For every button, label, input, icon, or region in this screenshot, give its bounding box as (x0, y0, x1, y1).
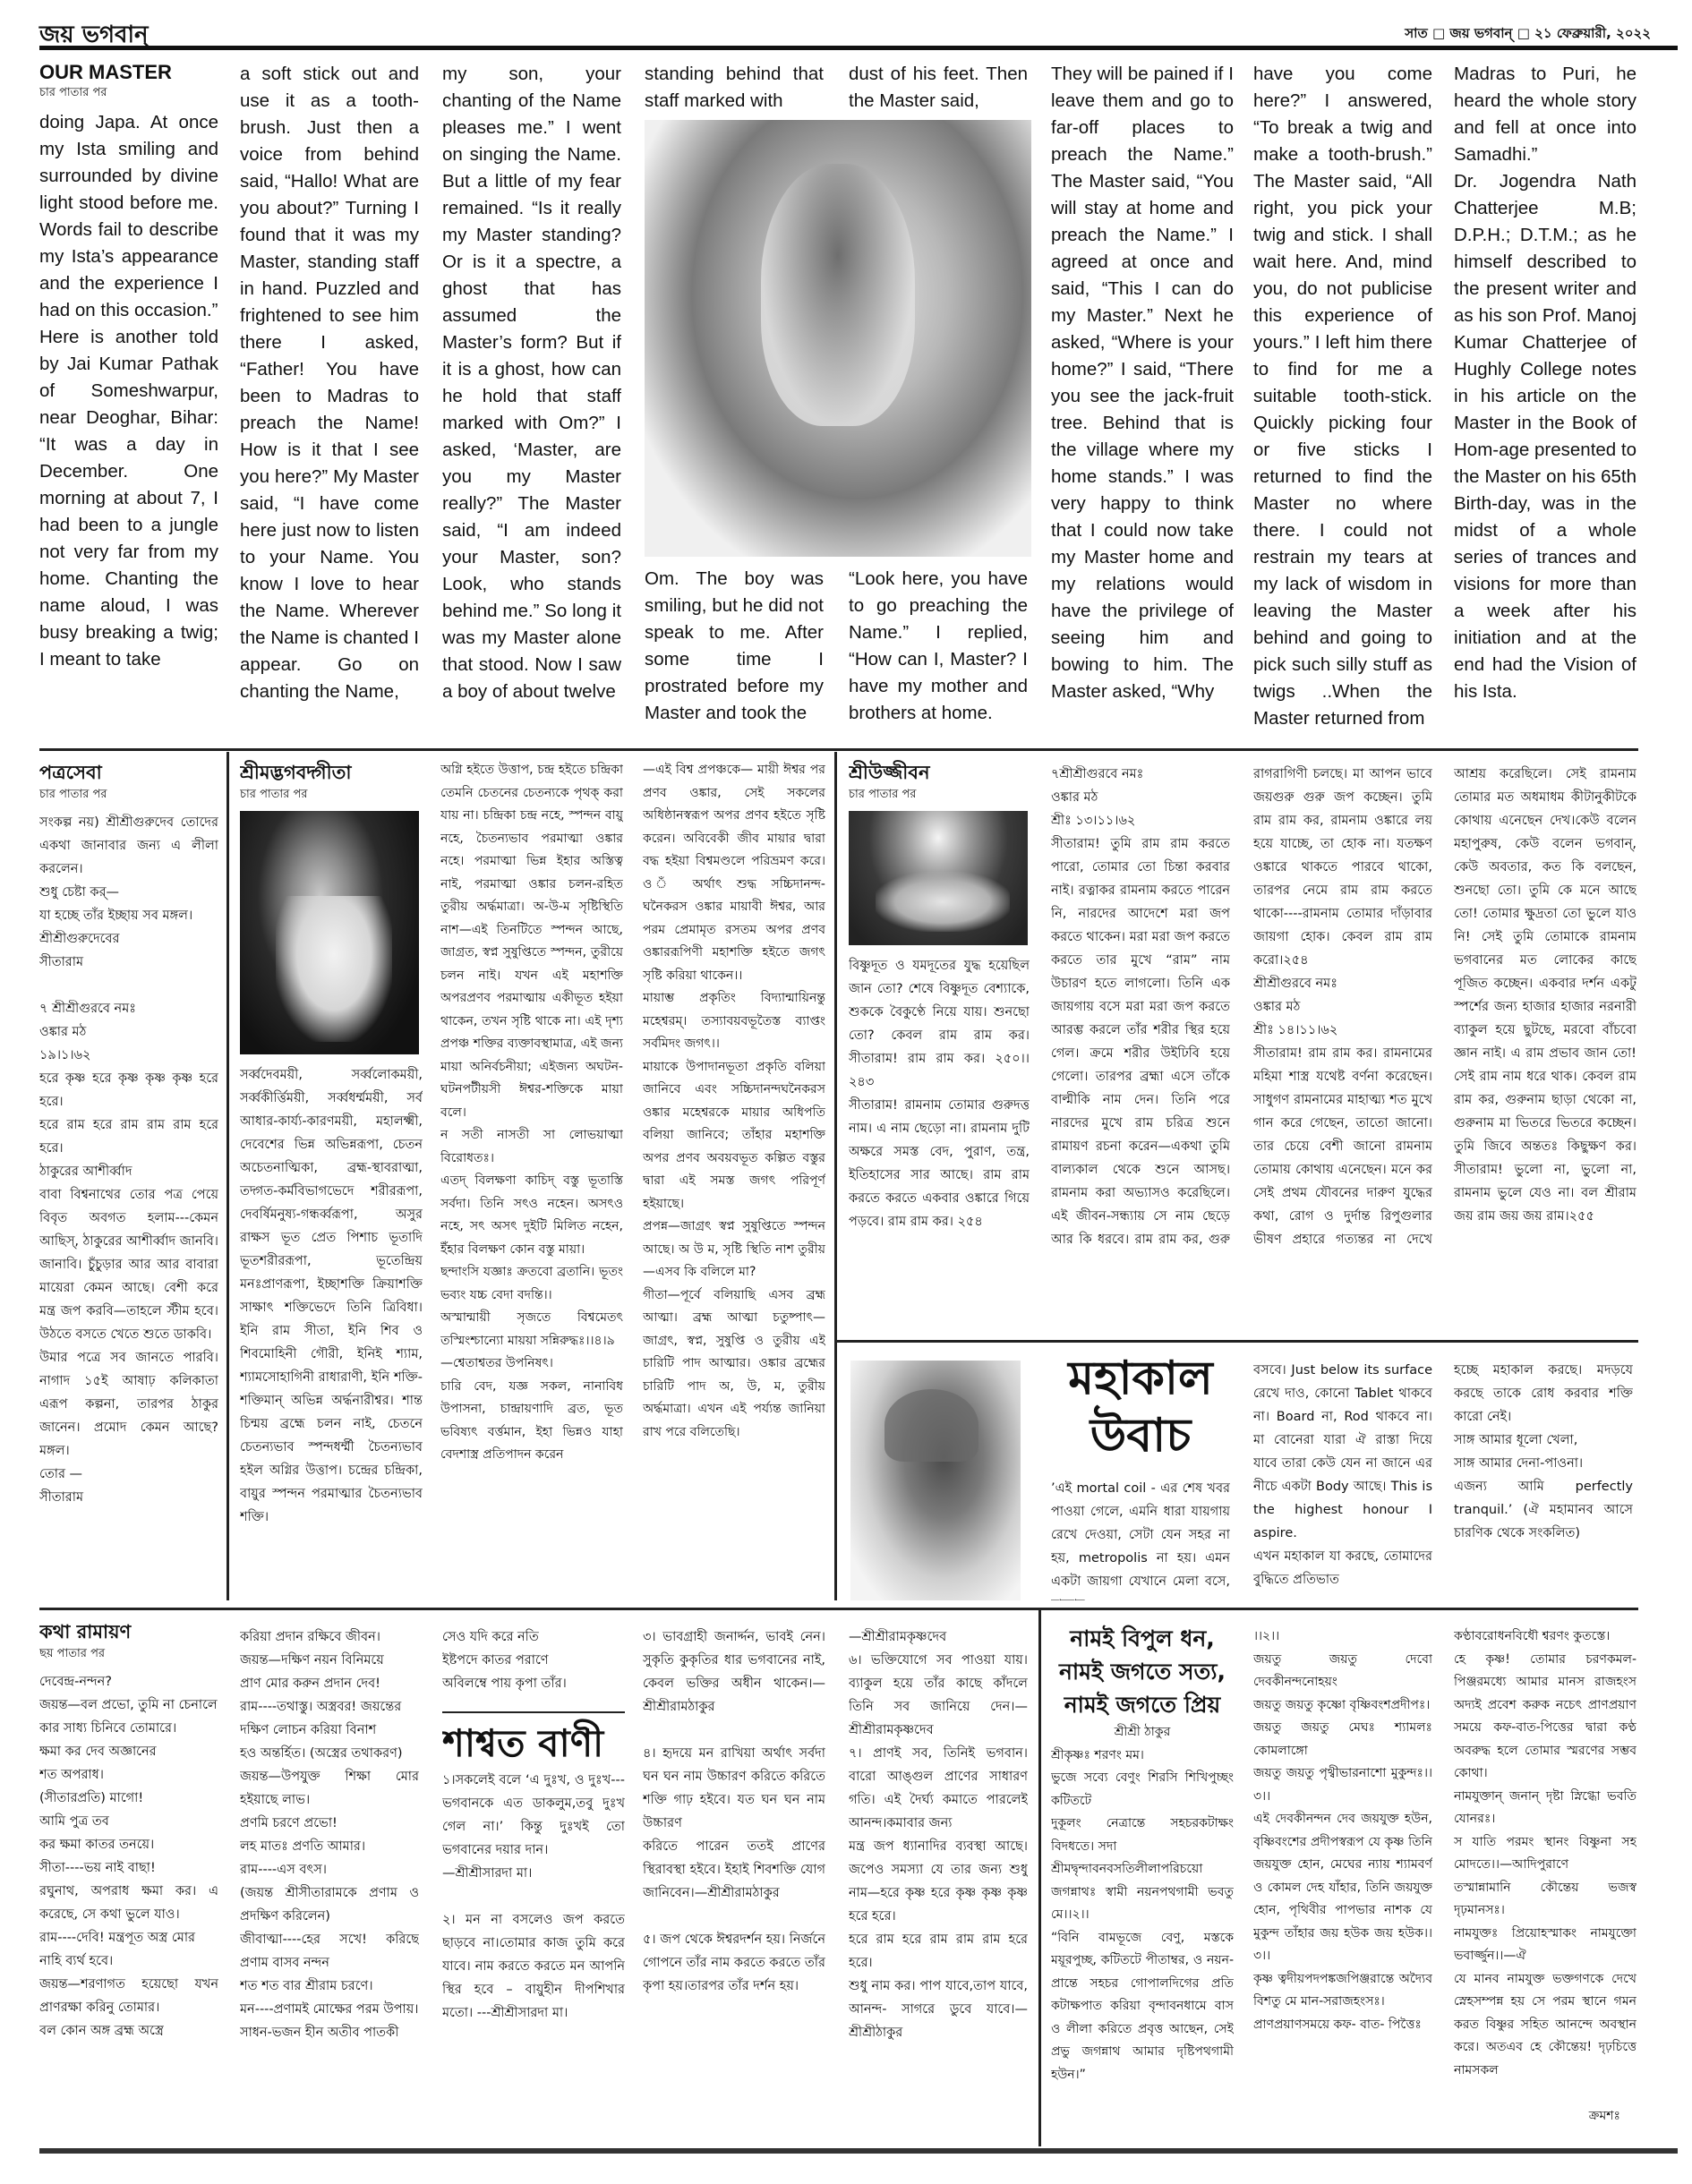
patraseba-column: পত্রসেবা চার পাতার পর সংকল্প নয়) শ্রীশ্… (39, 759, 218, 1600)
masthead: জয় ভগবান্ সাত □ জয় ভগবান্ □ ২১ ফেব্রুয… (39, 16, 1678, 50)
article-text: শ্রীকৃষ্ণঃ শরণং মম। ভুজে সব্যে বেণুং শির… (1051, 1745, 1234, 2087)
column-divider (1038, 1609, 1041, 2146)
column-divider (226, 752, 229, 1600)
our-master-col-1: OUR MASTER চার পাতার পর doing Japa. At o… (39, 61, 218, 741)
our-master-col-6: They will be pained if I leave them and … (1051, 61, 1234, 741)
katha-ramayan-heading: কথা রামায়ণ (39, 1618, 218, 1645)
mahakal-heading-line2: উবাচ (1051, 1407, 1230, 1464)
our-master-col-2: a soft stick out and use it as a tooth-b… (240, 61, 419, 741)
poem-intro: সেও যদি করে নতি ইষ্টপদে কাতর পরাণে অবিলম… (442, 1625, 625, 1695)
mahakal-column-2: বসবে। Just below its surface রেখে দাও, ক… (1253, 1359, 1432, 1600)
section-divider (837, 1340, 1638, 1343)
gita-column-2: অগ্নি হইতে উত্তাপ, চন্দ্র হইতে চন্দ্রিকা… (440, 759, 623, 1600)
divider-line (442, 1711, 625, 1713)
gita-column-1: শ্রীমদ্ভগবদ্গীতা চার পাতার পর সর্ব্বদেবম… (240, 759, 423, 1600)
meditation-painting (849, 811, 1028, 945)
continued-label: চার পাতার পর (39, 84, 218, 102)
continued-label: চার পাতার পর (849, 786, 1030, 804)
shashwat-bani-column-3: —শ্রীশ্রীরামকৃষ্ণদেব ৬। ভক্তিযোগে সব পাও… (849, 1625, 1028, 2146)
gita-column-3: —এই বিশ্ব প্রপঞ্চকে— মায়ী ঈশ্বর পর প্রণ… (643, 759, 825, 1600)
section-divider (39, 748, 1638, 751)
shashwat-bani-column-1: সেও যদি করে নতি ইষ্টপদে কাতর পরাণে অবিলম… (442, 1625, 625, 2146)
namai-column-1: নামই বিপুল ধন, নামই জগতে সত্য, নামই জগতে… (1051, 1622, 1234, 2146)
shashwat-bani-column-2: ৩। ভাবগ্রাহী জনার্দ্দন, ভাবই নেন। সুকৃতি… (643, 1625, 825, 2146)
article-text: সর্ব্বদেবময়ী, সর্ব্বলোকময়ী, সর্ব্বকীর্… (240, 1063, 423, 1529)
our-master-col-5b: “Look here, you have to go preaching the… (849, 566, 1028, 745)
newspaper-title: জয় ভগবান্ (39, 16, 149, 55)
footer-rule (39, 2148, 1678, 2154)
mahakal-column-1: মহাকাল উবাচ ’এই mortal coil - এর শেষ খবর… (1051, 1350, 1230, 1600)
continued-label: ছয় পাতার পর (39, 1645, 218, 1663)
article-text: দেবেন্দ্র-নন্দন? জয়ন্ত—বল প্রভো, তুমি ন… (39, 1670, 218, 2043)
ujjiban-column-2: ৭শ্রীশ্রীগুরবে নমঃ ওঙ্কার মঠ শ্রীঃ ১৩।১১… (1051, 763, 1230, 1253)
our-master-col-4b: Om. The boy was smiling, but he did not … (645, 566, 824, 745)
our-master-col-4a: standing behind that staff marked with (645, 61, 824, 116)
katha-ramayan-column-2: করিয়া প্রদান রক্ষিবে জীবন। জয়ন্ত—দক্ষি… (240, 1625, 419, 2146)
article-text: সংকল্প নয়) শ্রীশ্রীগুরুদেব তোদের একথা জ… (39, 811, 218, 1509)
article-text: ১।সকলেই বলে ‘এ দুঃখ, ও দুঃখ---ভগবানকে এত… (442, 1769, 625, 2025)
ujjiban-column-3: রাগরাগিণী চলছে। মা আপন ভাবে জয়গুরু গুরু… (1253, 763, 1432, 1253)
our-master-heading: OUR MASTER (39, 61, 218, 84)
article-text: ’এই mortal coil - এর শেষ খবর পাওয়া গেলে… (1051, 1477, 1230, 1600)
section-divider (39, 1608, 1638, 1610)
namai-column-3: কণ্ঠাবরোধনবিধৌ শ্বরণং কুতস্তে। হে কৃষ্ণ!… (1454, 1625, 1636, 2100)
mahakal-heading-line1: মহাকাল (1051, 1350, 1230, 1407)
article-text: বিষ্ণুদূত ও যমদূতের যুদ্ধ হয়েছিল জান তো… (849, 954, 1030, 1233)
continued-label: চার পাতার পর (39, 786, 218, 804)
our-master-col-3: my son, your chanting of the Name please… (442, 61, 621, 741)
ujjiban-column-4: আশ্রয় করেছিলে। সেই রামনাম তোমার মত অধমা… (1454, 763, 1636, 1253)
page-info: সাত □ জয় ভগবান্ □ ২১ ফেব্রুয়ারী, ২০২২ (1405, 23, 1651, 46)
gita-heading: শ্রীমদ্ভগবদ্গীতা (240, 759, 423, 786)
netaji-photo (850, 1361, 1021, 1600)
patraseba-heading: পত্রসেবা (39, 759, 218, 786)
namai-heading-line2: নামই জগতে সত্য, (1051, 1655, 1234, 1688)
ujjiban-heading: শ্রীউজ্জীবন (849, 759, 1030, 786)
our-master-col-8: Madras to Puri, he heard the whole story… (1454, 61, 1636, 741)
namai-column-2: ।।২।। জয়তু জয়তু দেবো দেবকীনন্দনোহয়ং জ… (1253, 1625, 1432, 2146)
master-photo (645, 120, 1031, 557)
mahakal-column-3: হচ্ছে মহাকাল করছে। মদড়যে করছে তাকে রোধ … (1454, 1359, 1633, 1600)
namai-heading-line1: নামই বিপুল ধন, (1051, 1622, 1234, 1655)
continued-label: চার পাতার পর (240, 786, 423, 804)
our-master-col-5a: dust of his feet. Then the Master said, (849, 61, 1028, 116)
katha-ramayan-column-1: কথা রামায়ণ ছয় পাতার পর দেবেন্দ্র-নন্দন… (39, 1618, 218, 2146)
shashwat-bani-heading: শাশ্বত বাণী (442, 1719, 625, 1769)
byline: শ্রীশ্রী ঠাকুর (1051, 1721, 1234, 1745)
article-text: doing Japa. At once my Ista smiling and … (39, 109, 218, 673)
namai-heading-line3: নামই জগতে প্রিয় (1051, 1688, 1234, 1721)
saint-photo (240, 811, 419, 1054)
our-master-col-7: have you come here?” I answered, “To bre… (1253, 61, 1432, 741)
ujjiban-column-1: শ্রীউজ্জীবন চার পাতার পর বিষ্ণুদূত ও যমদ… (849, 759, 1030, 1260)
continued-marker: ক্রমশঃ (1589, 2105, 1620, 2127)
column-divider (834, 752, 837, 1600)
